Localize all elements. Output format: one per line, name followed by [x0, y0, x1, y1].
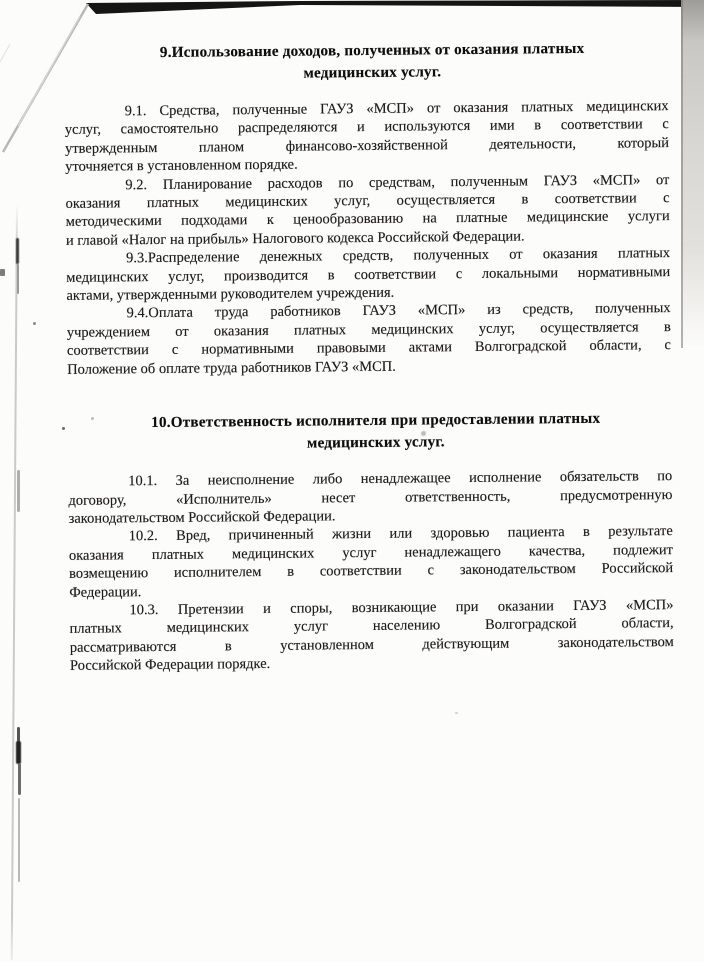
- document-text: 9.Использование доходов, полученных от о…: [64, 37, 674, 675]
- paragraph: 10.1. За неисполнение либо ненадлежащее …: [68, 467, 673, 528]
- right-page-edge-shadow: [681, 0, 704, 348]
- crease-smudge: [16, 741, 21, 764]
- scan-speck: [62, 427, 65, 430]
- paragraph: 9.2. Планирование расходов по средствам,…: [65, 171, 670, 250]
- crease-smudge: [17, 264, 19, 294]
- paragraph: 9.3.Распределение денежных средств, полу…: [66, 244, 671, 305]
- paragraph: 10.3. Претензии и споры, возникающие при…: [69, 596, 674, 675]
- section-9-heading: 9.Использование доходов, полученных от о…: [70, 37, 674, 87]
- crease-smudge: [16, 238, 19, 264]
- paragraph: 9.4.Оплата труда работников ГАУЗ «МСП» и…: [67, 300, 672, 379]
- section-10-heading: 10.Ответственность исполнителя при предо…: [74, 407, 678, 457]
- scan-speck: [455, 712, 458, 714]
- scan-top-edge-bar: [86, 0, 704, 14]
- crease-smudge: [18, 763, 21, 795]
- paragraph: 9.1. Средства, полученные ГАУЗ «МСП» от …: [65, 97, 670, 176]
- crease-smudge: [17, 727, 20, 742]
- page-corner-faint-streak: [0, 44, 10, 62]
- left-crease-line: [11, 204, 18, 960]
- crease-smudge: [17, 470, 20, 512]
- scan-speck: [33, 322, 36, 325]
- scan-speck: [0, 269, 5, 276]
- scanned-document-page: 9.Использование доходов, полученных от о…: [0, 0, 704, 962]
- paragraph: 10.2. Вред, причиненный жизни или здоров…: [69, 522, 674, 601]
- crease-smudge: [18, 798, 20, 882]
